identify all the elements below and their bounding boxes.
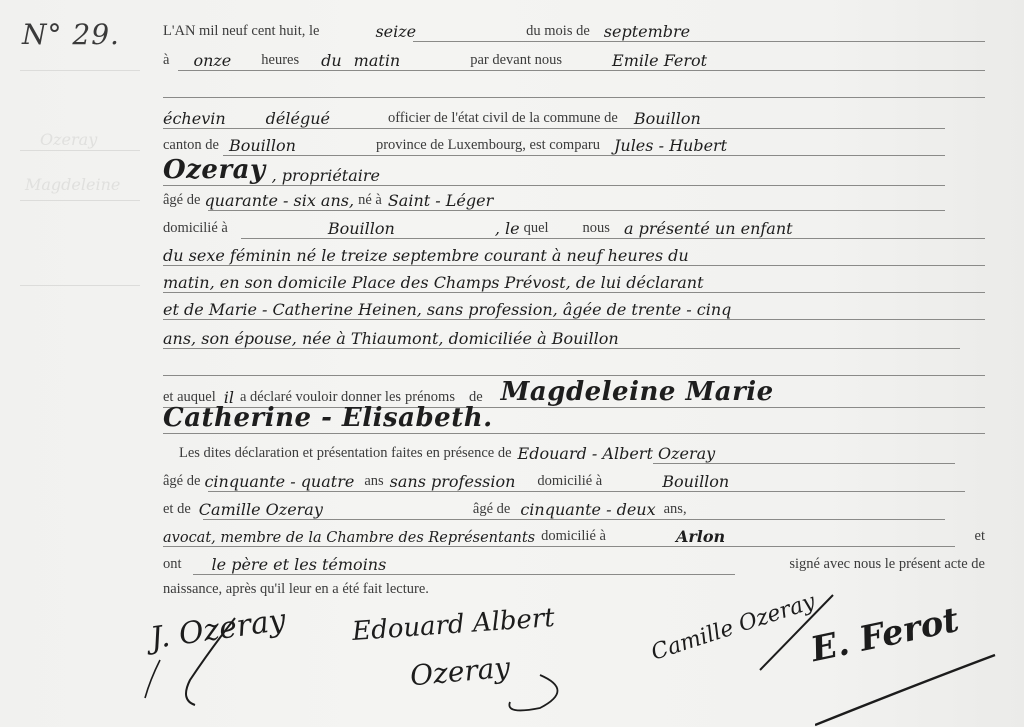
line-date: L'AN mil neuf cent huit, le seize du moi… xyxy=(163,16,985,46)
witness1-age-field: cinquante - quatre xyxy=(204,472,354,496)
line-mother: et de Marie - Catherine Heinen, sans pro… xyxy=(163,294,985,324)
declarant-surname-field: Ozeray xyxy=(163,155,266,190)
printed-text: signé avec nous le présent acte de xyxy=(789,556,985,579)
printed-text: du mois de xyxy=(526,23,590,46)
officer-name-field: Emile Ferot xyxy=(612,51,707,75)
witness2-domicile-field: Arlon xyxy=(676,527,725,551)
printed-text: quel xyxy=(524,220,549,243)
witness1-domicile-field: Bouillon xyxy=(662,472,729,496)
line-witness2-details: avocat, membre de la Chambre des Représe… xyxy=(163,521,985,551)
printed-text: province de Luxembourg, est comparu xyxy=(376,137,600,160)
printed-text: naissance, après qu'il leur en a été fai… xyxy=(163,581,429,604)
child-given-names-cont-field: Catherine - Elisabeth. xyxy=(163,403,493,438)
mother-origin-text: ans, son épouse, née à Thiaumont, domici… xyxy=(163,329,619,353)
printed-text: âgé de xyxy=(163,192,200,215)
line-mother-origin: ans, son épouse, née à Thiaumont, domici… xyxy=(163,323,985,353)
witness2-age-field: cinquante - deux xyxy=(520,500,655,524)
printed-text: Les dites déclaration et présentation fa… xyxy=(179,445,512,468)
printed-text: âgé de xyxy=(473,501,510,524)
signatories-field: le père et les témoins xyxy=(212,555,387,579)
blank-rule xyxy=(163,72,985,102)
printed-text: domicilié à xyxy=(541,528,606,551)
printed-text: par devant nous xyxy=(470,52,562,75)
officer-title-field: délégué xyxy=(266,109,330,133)
printed-text: nous xyxy=(583,220,610,243)
officer-title-field: échevin xyxy=(163,109,226,133)
witness1-profession-field: sans profession xyxy=(390,472,516,496)
line-time: à onze heures du matin par devant nous E… xyxy=(163,45,985,75)
time-of-day-field: du xyxy=(321,51,342,75)
printed-text: heures xyxy=(261,52,299,75)
printed-text: ans, xyxy=(664,501,687,524)
declarant-firstname-field: Jules - Hubert xyxy=(614,136,727,160)
line-witness1-details: âgé de cinquante - quatre ans sans profe… xyxy=(163,466,985,496)
line-birth-place: matin, en son domicile Place des Champs … xyxy=(163,267,985,297)
declarant-profession-field: , propriétaire xyxy=(272,166,380,190)
month-field: septembre xyxy=(604,22,690,46)
printed-text: L'AN mil neuf cent huit, le xyxy=(163,23,319,46)
printed-text: et de xyxy=(163,501,191,524)
birth-details-text: du sexe féminin né le treize septembre c… xyxy=(163,246,689,270)
line-officer: échevin délégué officier de l'état civil… xyxy=(163,103,985,133)
time-of-day-field: matin xyxy=(354,51,401,75)
witness2-name-field: Camille Ozeray xyxy=(199,500,323,524)
printed-text: officier de l'état civil de la commune d… xyxy=(388,110,618,133)
presentation-field: a présenté un enfant xyxy=(624,219,793,243)
printed-text: domicilié à xyxy=(163,220,228,243)
witness2-profession-field: avocat, membre de la Chambre des Représe… xyxy=(163,530,535,551)
blank-rule xyxy=(163,350,985,380)
domicile-field: Bouillon xyxy=(328,219,395,243)
child-given-names-field: Magdeleine Marie xyxy=(501,377,774,412)
witness1-name-field: Edouard - Albert Ozeray xyxy=(518,444,716,468)
line-given-names-cont: Catherine - Elisabeth. xyxy=(163,408,985,438)
day-field: seize xyxy=(375,22,416,46)
line-canton: canton de Bouillon province de Luxembour… xyxy=(163,130,985,160)
signature-underline xyxy=(815,645,1015,727)
printed-text: domicilié à xyxy=(537,473,602,496)
printed-text: ont xyxy=(163,556,182,579)
act-number: N° 29. xyxy=(22,18,120,51)
signature-flourish xyxy=(480,670,580,720)
line-birth-details: du sexe féminin né le treize septembre c… xyxy=(163,240,985,270)
mother-details-text: et de Marie - Catherine Heinen, sans pro… xyxy=(163,300,731,324)
birth-place-text: matin, en son domicile Place des Champs … xyxy=(163,273,704,297)
printed-text: ans xyxy=(364,473,383,496)
signature-flourish xyxy=(140,610,260,710)
printed-text: et xyxy=(975,528,985,551)
printed-text: né à xyxy=(358,192,382,215)
civil-registry-page: Ozeray Magdeleine N° 29. L'AN mil neuf c… xyxy=(0,0,1024,727)
line-domicile: domicilié à Bouillon , le quel nous a pr… xyxy=(163,213,985,243)
printed-text: , le xyxy=(495,219,520,243)
declarant-birthplace-field: Saint - Léger xyxy=(388,191,493,215)
signature-witness1: Edouard Albert xyxy=(351,603,555,647)
line-witness2: et de Camille Ozeray âgé de cinquante - … xyxy=(163,494,985,524)
printed-text: à xyxy=(163,52,169,75)
hour-field: onze xyxy=(193,51,231,75)
line-witness1: Les dites déclaration et présentation fa… xyxy=(163,438,985,468)
printed-text: âgé de xyxy=(163,473,200,496)
declarant-age-field: quarante - six ans, xyxy=(204,191,354,215)
commune-field: Bouillon xyxy=(634,109,701,133)
